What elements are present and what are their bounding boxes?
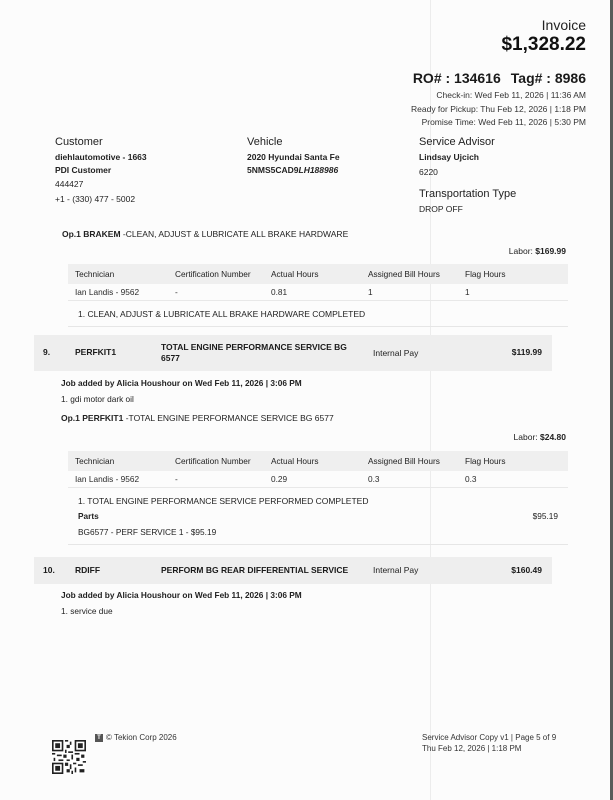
customer-name: diehlautomotive - 1663: [55, 151, 147, 164]
operation-code: Op.1 BRAKEM: [62, 229, 121, 239]
technician-table: Technician Certification Number Actual H…: [68, 264, 568, 301]
vehicle-model: 2020 Hyundai Santa Fe: [247, 151, 340, 164]
job-concern: 1. service due: [61, 606, 571, 616]
col-certification: Certification Number: [168, 264, 264, 284]
operation-perfkit1: Labor: $24.80 Technician Certification N…: [48, 432, 566, 545]
table-row: Ian Landis - 9562 - 0.29 0.3 0.3: [68, 471, 568, 487]
job-row-10: 10. RDIFF PERFORM BG REAR DIFFERENTIAL S…: [34, 557, 552, 584]
pay-type: Internal Pay: [373, 565, 418, 575]
invoice-total: $1,328.22: [411, 34, 586, 56]
job-amount: $119.99: [512, 347, 542, 357]
customer-type: PDI Customer: [55, 164, 147, 177]
vin-prefix: 5NMS5CAD9: [247, 165, 299, 175]
labor-value: $169.99: [535, 246, 566, 256]
advisor-name: Lindsay Ujcich: [419, 151, 516, 164]
job-amount: $160.49: [511, 565, 542, 575]
qr-code-icon: [52, 740, 86, 774]
labor-amount: Labor: $24.80: [48, 432, 566, 442]
part-line-item: BG6577 - PERF SERVICE 1 - $95.19: [48, 527, 566, 537]
divider: [68, 544, 568, 545]
footer-copyright: T © Tekion Corp 2026: [95, 733, 177, 742]
assigned-bill-hours-cell: 1: [361, 284, 458, 300]
flag-hours-cell: 1: [458, 284, 568, 300]
col-assigned-bill-hours: Assigned Bill Hours: [361, 264, 458, 284]
assigned-bill-hours-cell: 0.3: [361, 471, 458, 487]
pay-type: Internal Pay: [373, 348, 418, 358]
operation-title: Op.1 PERFKIT1 -TOTAL ENGINE PERFORMANCE …: [61, 413, 571, 423]
col-actual-hours: Actual Hours: [264, 264, 361, 284]
labor-value: $24.80: [540, 432, 566, 442]
invoice-header: Invoice $1,328.22 RO# : 134616Tag# : 898…: [411, 17, 586, 130]
operation-desc: -TOTAL ENGINE PERFORMANCE SERVICE BG 657…: [123, 413, 333, 423]
labor-label: Labor:: [514, 432, 540, 442]
operation-completed-note: 1. TOTAL ENGINE PERFORMANCE SERVICE PERF…: [48, 496, 566, 506]
table-header-row: Technician Certification Number Actual H…: [68, 451, 568, 471]
col-technician: Technician: [68, 451, 168, 471]
job-added-by: Job added by Alicia Houshour on Wed Feb …: [61, 590, 571, 600]
customer-phone: +1 - (330) 477 - 5002: [55, 193, 147, 206]
transportation-title: Transportation Type: [419, 188, 516, 200]
ro-tag-line: RO# : 134616Tag# : 8986: [411, 70, 586, 86]
labor-amount: Labor: $169.99: [48, 246, 566, 256]
table-row: Ian Landis - 9562 - 0.81 1 1: [68, 284, 568, 300]
parts-total: $95.19: [533, 511, 558, 521]
job-code: RDIFF: [75, 565, 100, 575]
check-in-time: Check-in: Wed Feb 11, 2026 | 11:36 AM: [411, 89, 586, 103]
job-code: PERFKIT1: [75, 347, 116, 357]
operation-brakem: Op.1 BRAKEM -CLEAN, ADJUST & LUBRICATE A…: [48, 229, 566, 327]
customer-id: 444427: [55, 178, 147, 191]
copy-page-info: Service Advisor Copy v1 | Page 5 of 9: [422, 733, 556, 744]
job-description-line2: 6577: [161, 353, 180, 363]
col-flag-hours: Flag Hours: [458, 264, 568, 284]
operation-completed-note: 1. CLEAN, ADJUST & LUBRICATE ALL BRAKE H…: [48, 309, 566, 319]
job-10-details: Job added by Alicia Houshour on Wed Feb …: [61, 590, 571, 616]
ro-number: RO# : 134616: [413, 70, 501, 86]
vin-suffix: LH188986: [299, 165, 339, 175]
actual-hours-cell: 0.29: [264, 471, 361, 487]
tag-number: Tag# : 8986: [511, 70, 586, 86]
job-number: 9.: [43, 347, 50, 357]
customer-title: Customer: [55, 136, 147, 148]
vehicle-title: Vehicle: [247, 136, 340, 148]
job-description: TOTAL ENGINE PERFORMANCE SERVICE BG6577: [161, 342, 347, 364]
invoice-page: Invoice $1,328.22 RO# : 134616Tag# : 898…: [0, 0, 613, 800]
col-flag-hours: Flag Hours: [458, 451, 568, 471]
col-certification: Certification Number: [168, 451, 264, 471]
print-timestamp: Thu Feb 12, 2026 | 1:18 PM: [422, 744, 556, 755]
parts-row: Parts $95.19: [48, 511, 566, 523]
tekion-logo-icon: T: [95, 734, 103, 742]
actual-hours-cell: 0.81: [264, 284, 361, 300]
ready-for-pickup-time: Ready for Pickup: Thu Feb 12, 2026 | 1:1…: [411, 103, 586, 117]
labor-label: Labor:: [509, 246, 535, 256]
advisor-title: Service Advisor: [419, 136, 516, 148]
footer-page-info: Service Advisor Copy v1 | Page 5 of 9 Th…: [422, 733, 556, 754]
col-actual-hours: Actual Hours: [264, 451, 361, 471]
col-technician: Technician: [68, 264, 168, 284]
job-added-by-text: Job added by Alicia Houshour on Wed Feb …: [61, 590, 302, 600]
operation-desc: -CLEAN, ADJUST & LUBRICATE ALL BRAKE HAR…: [121, 229, 349, 239]
vehicle-vin: 5NMS5CAD9LH188986: [247, 164, 340, 177]
job-concern: 1. gdi motor dark oil: [61, 394, 571, 404]
col-assigned-bill-hours: Assigned Bill Hours: [361, 451, 458, 471]
advisor-id: 6220: [419, 166, 516, 179]
table-header-row: Technician Certification Number Actual H…: [68, 264, 568, 284]
advisor-block: Service Advisor Lindsay Ujcich 6220 Tran…: [419, 136, 516, 216]
document-label: Invoice: [411, 17, 586, 33]
transportation-value: DROP OFF: [419, 203, 516, 216]
operation-code: Op.1 PERFKIT1: [61, 413, 123, 423]
flag-hours-cell: 0.3: [458, 471, 568, 487]
job-row-9: 9. PERFKIT1 TOTAL ENGINE PERFORMANCE SER…: [34, 335, 552, 371]
job-number: 10.: [43, 565, 55, 575]
technician-table: Technician Certification Number Actual H…: [68, 451, 568, 488]
certification-cell: -: [168, 284, 264, 300]
parts-label: Parts: [78, 511, 99, 521]
copyright-text: © Tekion Corp 2026: [106, 733, 177, 742]
job-added-by-text: Job added by Alicia Houshour on Wed Feb …: [61, 378, 302, 388]
divider: [68, 326, 568, 327]
vehicle-block: Vehicle 2020 Hyundai Santa Fe 5NMS5CAD9L…: [247, 136, 340, 176]
technician-cell: Ian Landis - 9562: [68, 284, 168, 300]
certification-cell: -: [168, 471, 264, 487]
invoice-times: Check-in: Wed Feb 11, 2026 | 11:36 AM Re…: [411, 89, 586, 130]
promise-time: Promise Time: Wed Feb 11, 2026 | 5:30 PM: [411, 116, 586, 130]
technician-cell: Ian Landis - 9562: [68, 471, 168, 487]
job-9-details: Job added by Alicia Houshour on Wed Feb …: [61, 378, 571, 423]
job-description-line1: TOTAL ENGINE PERFORMANCE SERVICE BG: [161, 342, 347, 352]
job-description: PERFORM BG REAR DIFFERENTIAL SERVICE: [161, 565, 348, 575]
operation-title: Op.1 BRAKEM -CLEAN, ADJUST & LUBRICATE A…: [48, 229, 566, 239]
job-added-by: Job added by Alicia Houshour on Wed Feb …: [61, 378, 571, 388]
customer-block: Customer diehlautomotive - 1663 PDI Cust…: [55, 136, 147, 205]
